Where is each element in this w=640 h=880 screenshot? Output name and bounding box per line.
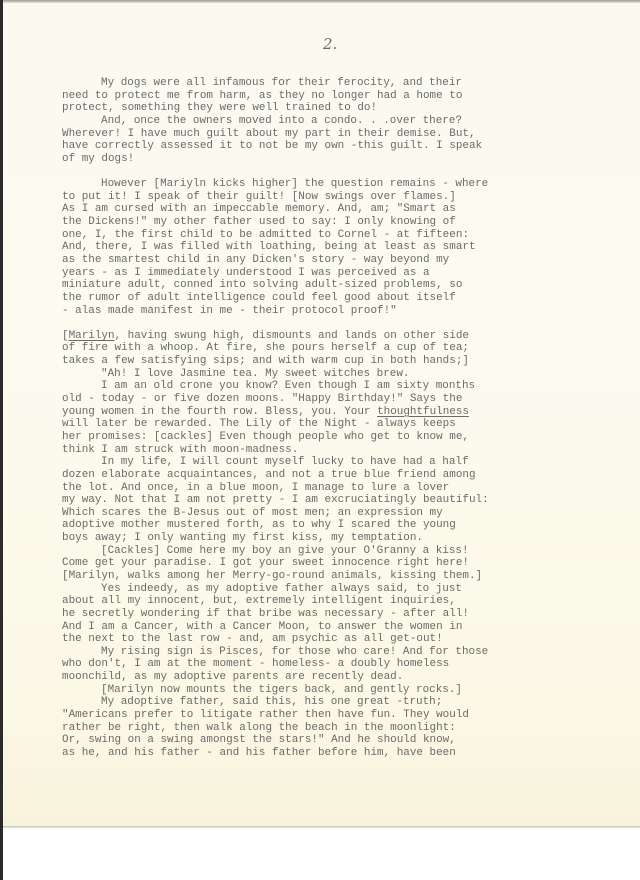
text-line: Yes indeedy, as my adoptive father alway… bbox=[62, 583, 622, 596]
body-text: My dogs were all infamous for their fero… bbox=[62, 77, 622, 760]
text-line: dozen elaborate acquaintances, and not a… bbox=[62, 469, 622, 482]
text-line: who don't, I am at the moment - homeless… bbox=[62, 658, 622, 671]
text-line: I am an old crone you know? Even though … bbox=[62, 380, 622, 393]
text-line: he secretly wondering if that bribe was … bbox=[62, 608, 622, 621]
text-line: my way. Not that I am not pretty - I am … bbox=[62, 494, 622, 507]
text-line: have correctly assessed it to not be my … bbox=[62, 140, 622, 153]
text-line: young women in the fourth row. Bless, yo… bbox=[62, 406, 622, 419]
text-line: the rumor of adult intelligence could fe… bbox=[62, 292, 622, 305]
text-line: As I am cursed with an impeccable memory… bbox=[62, 203, 622, 216]
text-line: My dogs were all infamous for their fero… bbox=[62, 77, 622, 90]
scanned-document: 2. My dogs were all infamous for their f… bbox=[0, 0, 640, 880]
text-line: - alas made manifest in me - their proto… bbox=[62, 305, 622, 318]
text-line: as the smartest child in any Dicken's st… bbox=[62, 254, 622, 267]
typed-page: 2. My dogs were all infamous for their f… bbox=[2, 2, 640, 827]
text-line: [Cackles] Come here my boy an give your … bbox=[62, 545, 622, 558]
text-line: rather be right, then walk along the bea… bbox=[62, 722, 622, 735]
text-line: the lot. And once, in a blue moon, I man… bbox=[62, 482, 622, 495]
underlined-word: Marilyn bbox=[69, 330, 115, 342]
text-line: moonchild, as my adoptive parents are re… bbox=[62, 671, 622, 684]
text-line: Come get your paradise. I got your sweet… bbox=[62, 557, 622, 570]
text-line: miniature adult, conned into solving adu… bbox=[62, 279, 622, 292]
scan-left-edge bbox=[0, 0, 3, 880]
text-line: about all my innocent, but, extremely in… bbox=[62, 595, 622, 608]
text-line: [Marilyn, having swung high, dismounts a… bbox=[62, 330, 622, 343]
scan-top-edge bbox=[0, 0, 640, 3]
text-line: In my life, I will count myself lucky to… bbox=[62, 456, 622, 469]
text-line: adoptive mother mustered forth, as to wh… bbox=[62, 519, 622, 532]
text-line: protect, something they were well traine… bbox=[62, 102, 622, 115]
text-line: to put it! I speak of their guilt! [Now … bbox=[62, 191, 622, 204]
text-line: [Marilyn now mounts the tigers back, and… bbox=[62, 684, 622, 697]
text-line: years - as I immediately understood I wa… bbox=[62, 267, 622, 280]
text-line: "Americans prefer to litigate rather the… bbox=[62, 709, 622, 722]
text-line: one, I, the first child to be admitted t… bbox=[62, 229, 622, 242]
underlined-word: thoughtfulness bbox=[377, 406, 469, 418]
text-line: of fire with a whoop. At fire, she pours… bbox=[62, 342, 622, 355]
text-line: "Ah! I love Jasmine tea. My sweet witche… bbox=[62, 368, 622, 381]
text-line: need to protect me from harm, as they no… bbox=[62, 90, 622, 103]
text-line: My rising sign is Pisces, for those who … bbox=[62, 646, 622, 659]
text-line: her promises: [cackles] Even though peop… bbox=[62, 431, 622, 444]
text-line: Or, swing on a swing amongst the stars!"… bbox=[62, 734, 622, 747]
text-line: old - today - or five dozen moons. "Happ… bbox=[62, 393, 622, 406]
text-line: Wherever! I have much guilt about my par… bbox=[62, 128, 622, 141]
text-line: the next to the last row - and, am psych… bbox=[62, 633, 622, 646]
text-line: However [Mariyln kicks higher] the quest… bbox=[62, 178, 622, 191]
text-line: [Marilyn, walks among her Merry-go-round… bbox=[62, 570, 622, 583]
text-line: My adoptive father, said this, his one g… bbox=[62, 696, 622, 709]
text-line: the Dickens!" my other father used to sa… bbox=[62, 216, 622, 229]
text-line: as he, and his father - and his father b… bbox=[62, 747, 622, 760]
text-line: boys away; I only wanting my first kiss,… bbox=[62, 532, 622, 545]
text-line: think I am struck with moon-madness. bbox=[62, 444, 622, 457]
text-line: And I am a Cancer, with a Cancer Moon, t… bbox=[62, 621, 622, 634]
text-line: takes a few satisfying sips; and with wa… bbox=[62, 355, 622, 368]
text-line: Which scares the B-Jesus out of most men… bbox=[62, 507, 622, 520]
paragraph-gap bbox=[62, 317, 622, 330]
text-line: will later be rewarded. The Lily of the … bbox=[62, 418, 622, 431]
paragraph-gap bbox=[62, 165, 622, 178]
page-number: 2. bbox=[323, 35, 337, 53]
text-line: And, once the owners moved into a condo.… bbox=[62, 115, 622, 128]
text-line: And, there, I was filled with loathing, … bbox=[62, 241, 622, 254]
text-line: of my dogs! bbox=[62, 153, 622, 166]
